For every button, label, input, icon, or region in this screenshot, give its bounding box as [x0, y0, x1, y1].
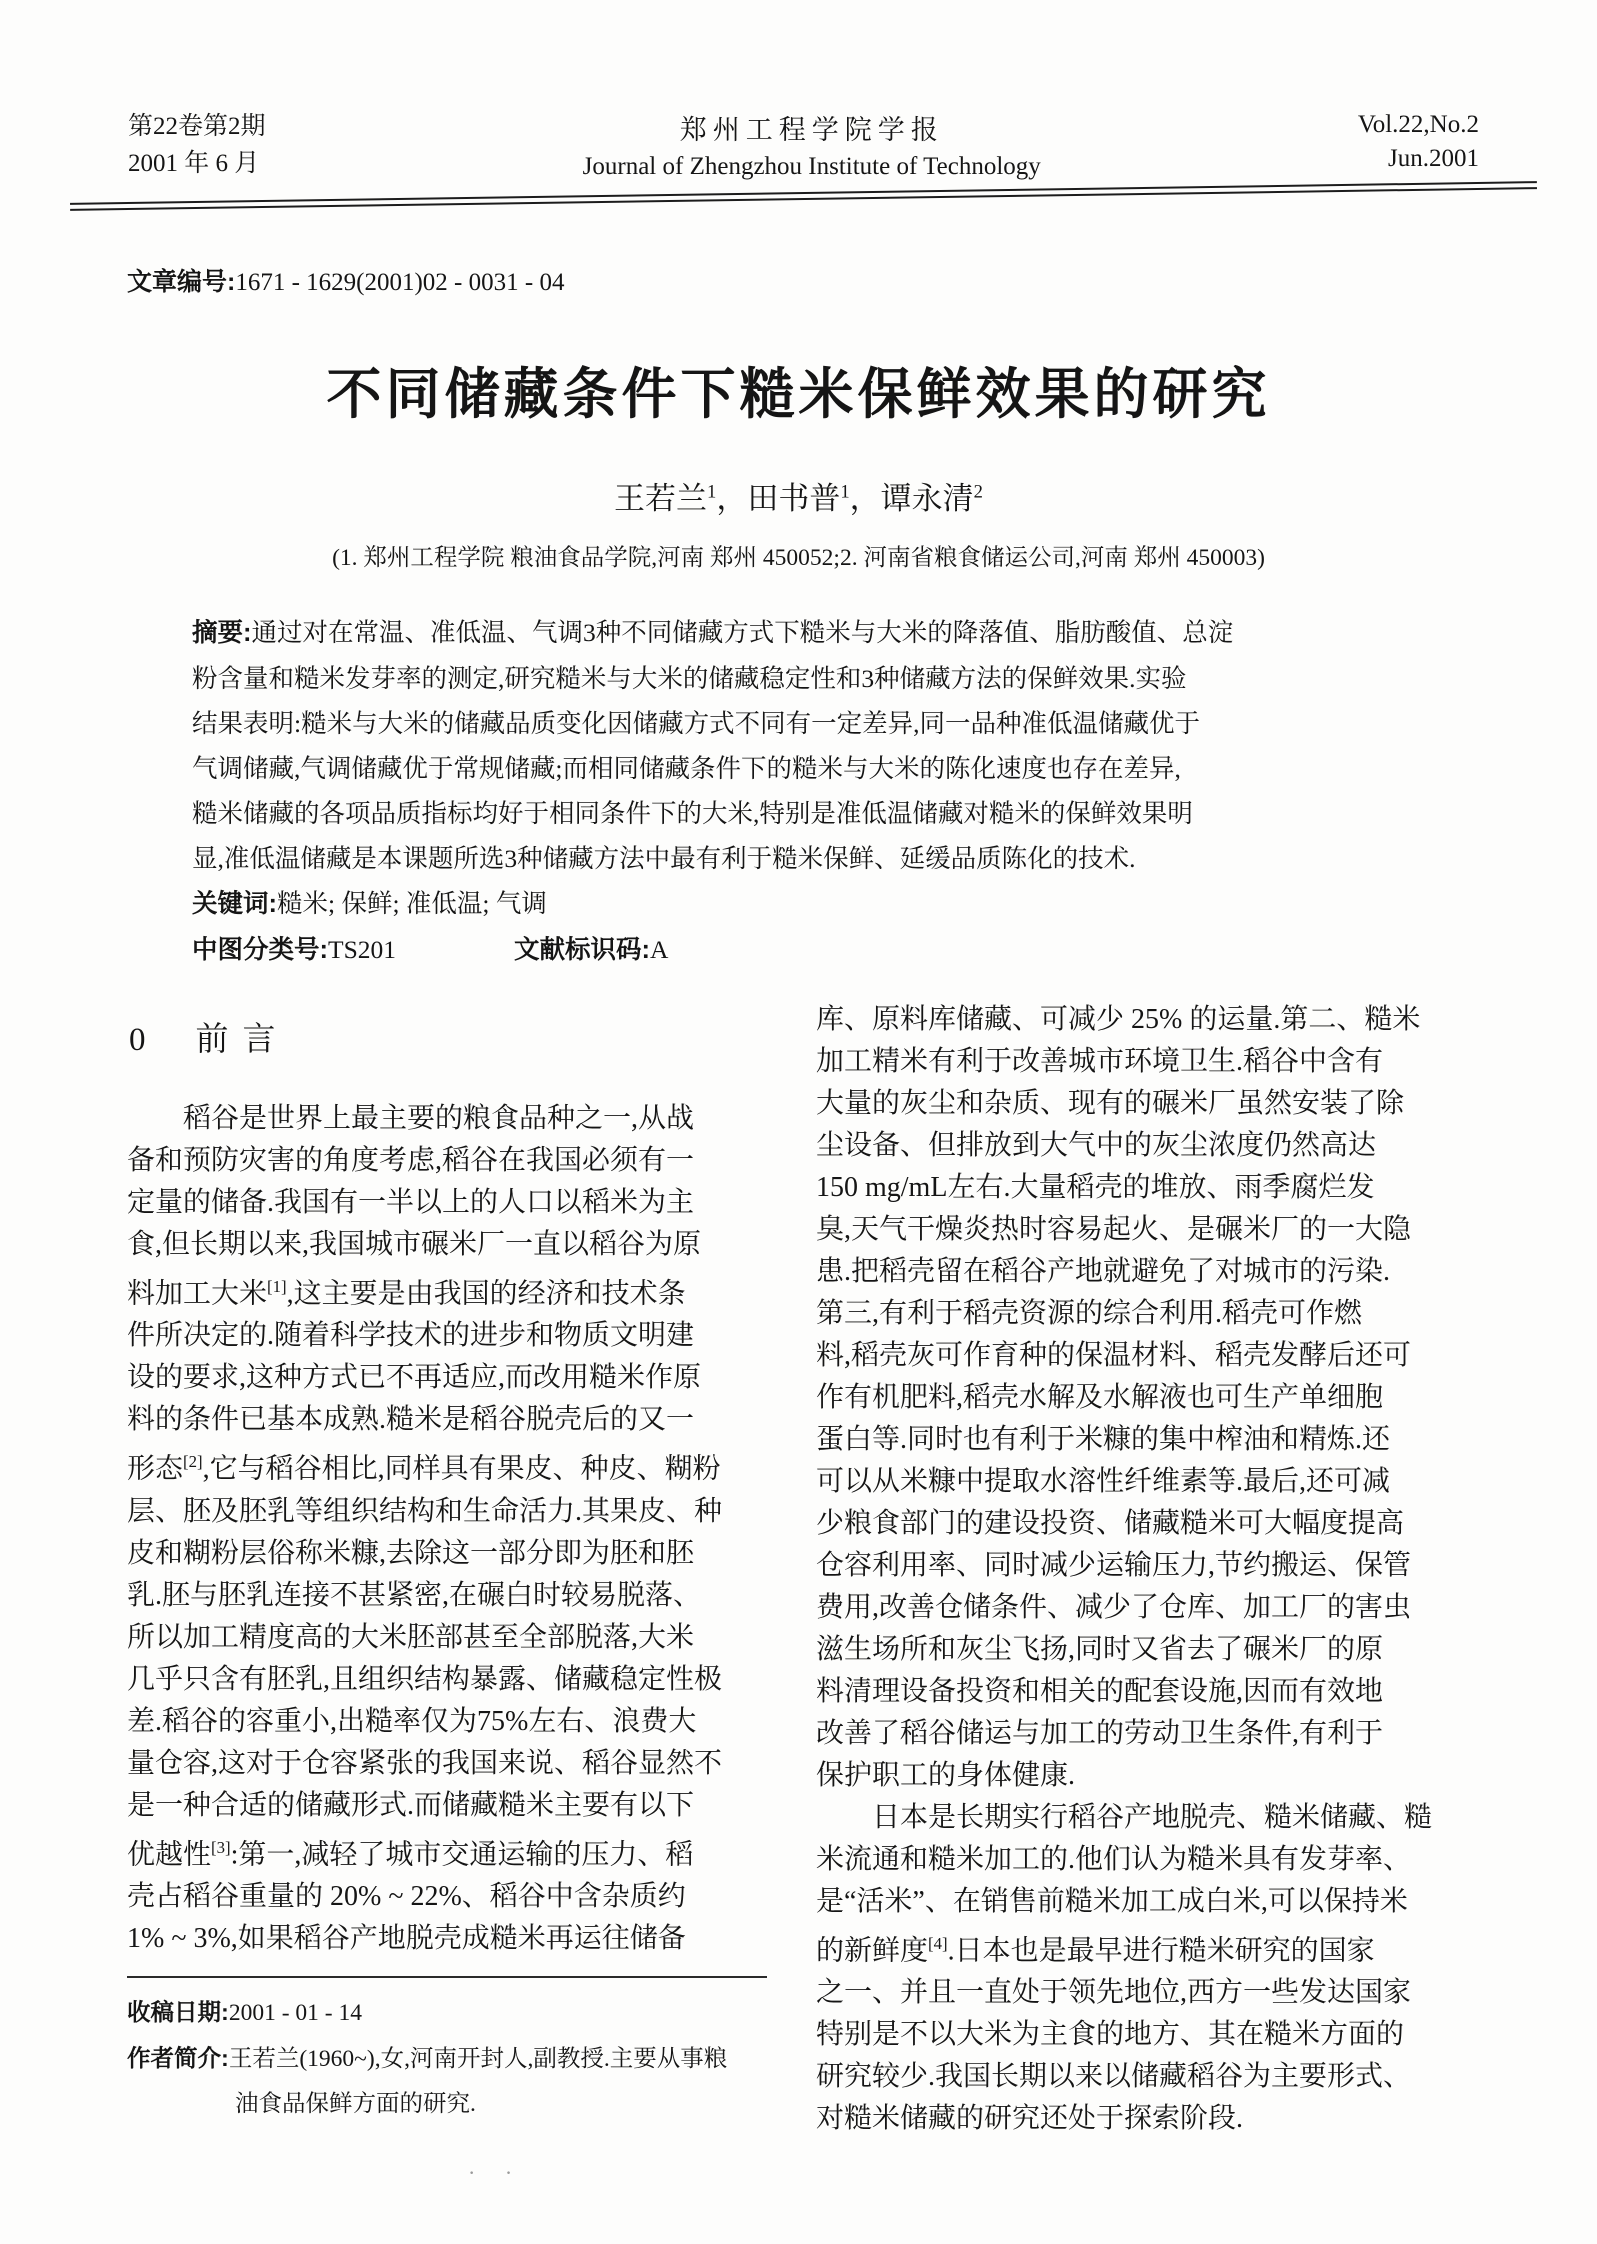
journal-title-block: 郑州工程学院学报 Journal of Zhengzhou Institute … — [583, 108, 1041, 181]
doc-code-value: A — [650, 935, 668, 964]
issue-info: 第22卷第2期 2001 年 6 月 — [128, 108, 266, 182]
two-column-body: 0前言 稻谷是世界上最主要的粮食品种之一,从战备和预防灾害的角度考虑,稻谷在我国… — [127, 999, 1479, 2140]
author-3-affil-mark: 2 — [974, 482, 983, 503]
abstract-section: 摘要:通过对在常温、准低温、气调3种不同储藏方式下糙米与大米的降落值、脂肪酸值、… — [192, 610, 1415, 973]
author-bio-label: 作者简介: — [127, 2045, 229, 2071]
body-paragraph-1-continued: 库、原料库储藏、可减少 25% 的运量.第二、糙米加工精米有利于改善城市环境卫生… — [816, 999, 1479, 1797]
journal-header: 第22卷第2期 2001 年 6 月 郑州工程学院学报 Journal of Z… — [0, 108, 1597, 182]
issue-date-en: Jun.2001 — [1358, 142, 1479, 176]
article-id-value: 1671 - 1629(2001)02 - 0031 - 04 — [235, 269, 564, 296]
article-id-line: 文章编号:1671 - 1629(2001)02 - 0031 - 04 — [127, 262, 1597, 298]
author-separator: ， — [850, 481, 881, 516]
author-3: 谭永清2 — [881, 481, 983, 516]
author-separator: ， — [716, 481, 747, 516]
volume-info: Vol.22,No.2 Jun.2001 — [1358, 108, 1479, 176]
section-title: 前言 — [196, 1022, 290, 1058]
issue-date-cn: 2001 年 6 月 — [128, 145, 266, 182]
author-1: 王若兰1 — [614, 481, 716, 516]
section-heading-intro: 0前言 — [129, 1013, 790, 1060]
journal-title-en: Journal of Zhengzhou Institute of Techno… — [583, 153, 1041, 181]
abstract-paragraph: 摘要:通过对在常温、准低温、气调3种不同储藏方式下糙米与大米的降落值、脂肪酸值、… — [192, 610, 1415, 881]
classification-line: 中图分类号:TS201文献标识码:A — [192, 927, 1415, 973]
clc-label: 中图分类号: — [192, 936, 328, 964]
author-2: 田书普1 — [747, 481, 849, 516]
author-line: 王若兰1，田书普1，谭永清2 — [0, 473, 1597, 518]
paper-page: 第22卷第2期 2001 年 6 月 郑州工程学院学报 Journal of Z… — [0, 0, 1597, 2244]
abstract-text: 通过对在常温、准低温、气调3种不同储藏方式下糙米与大米的降落值、脂肪酸值、总淀粉… — [192, 618, 1233, 873]
author-bio-text: 王若兰(1960~),女,河南开封人,副教授.主要从事粮油食品保鲜方面的研究. — [229, 2046, 727, 2117]
received-date-label: 收稿日期: — [127, 1999, 229, 2025]
abstract-label: 摘要: — [192, 619, 252, 647]
body-paragraph-2: 日本是长期实行稻谷产地脱壳、糙米储藏、糙米流通和糙米加工的.他们认为糙米具有发芽… — [816, 1797, 1479, 2140]
article-id-label: 文章编号: — [127, 268, 235, 296]
page-bottom-marks: · · — [468, 2160, 524, 2186]
paper-title: 不同储藏条件下糙米保鲜效果的研究 — [0, 350, 1597, 429]
clc-value: TS201 — [328, 935, 396, 964]
issue-volume: 第22卷第2期 — [128, 108, 266, 145]
section-number: 0 — [129, 1022, 146, 1058]
left-column: 0前言 稻谷是世界上最主要的粮食品种之一,从战备和预防灾害的角度考虑,稻谷在我国… — [127, 999, 790, 2140]
right-column: 库、原料库储藏、可减少 25% 的运量.第二、糙米加工精米有利于改善城市环境卫生… — [816, 999, 1479, 2140]
volume-number-en: Vol.22,No.2 — [1358, 108, 1479, 142]
received-date-value: 2001 - 01 - 14 — [229, 2000, 362, 2026]
received-date-line: 收稿日期:2001 - 01 - 14 — [127, 1990, 790, 2036]
affiliation-line: (1. 郑州工程学院 粮油食品学院,河南 郑州 450052;2. 河南省粮食储… — [0, 538, 1597, 572]
footnote-divider — [127, 1976, 767, 1978]
journal-title-cn: 郑州工程学院学报 — [583, 108, 1041, 147]
body-paragraph-1: 稻谷是世界上最主要的粮食品种之一,从战备和预防灾害的角度考虑,稻谷在我国必须有一… — [127, 1098, 790, 1960]
keywords-text: 糙米; 保鲜; 准低温; 气调 — [277, 889, 547, 918]
author-2-affil-mark: 1 — [840, 482, 849, 503]
keywords-label: 关键词: — [192, 890, 277, 918]
doc-code-label: 文献标识码: — [514, 936, 650, 964]
author-bio-line: 作者简介:王若兰(1960~),女,河南开封人,副教授.主要从事粮油食品保鲜方面… — [127, 2036, 790, 2127]
author-1-affil-mark: 1 — [707, 482, 716, 503]
header-divider — [70, 181, 1537, 211]
keywords-line: 关键词:糙米; 保鲜; 准低温; 气调 — [192, 881, 1415, 927]
first-page-footnote: 收稿日期:2001 - 01 - 14 作者简介:王若兰(1960~),女,河南… — [127, 1976, 790, 2127]
